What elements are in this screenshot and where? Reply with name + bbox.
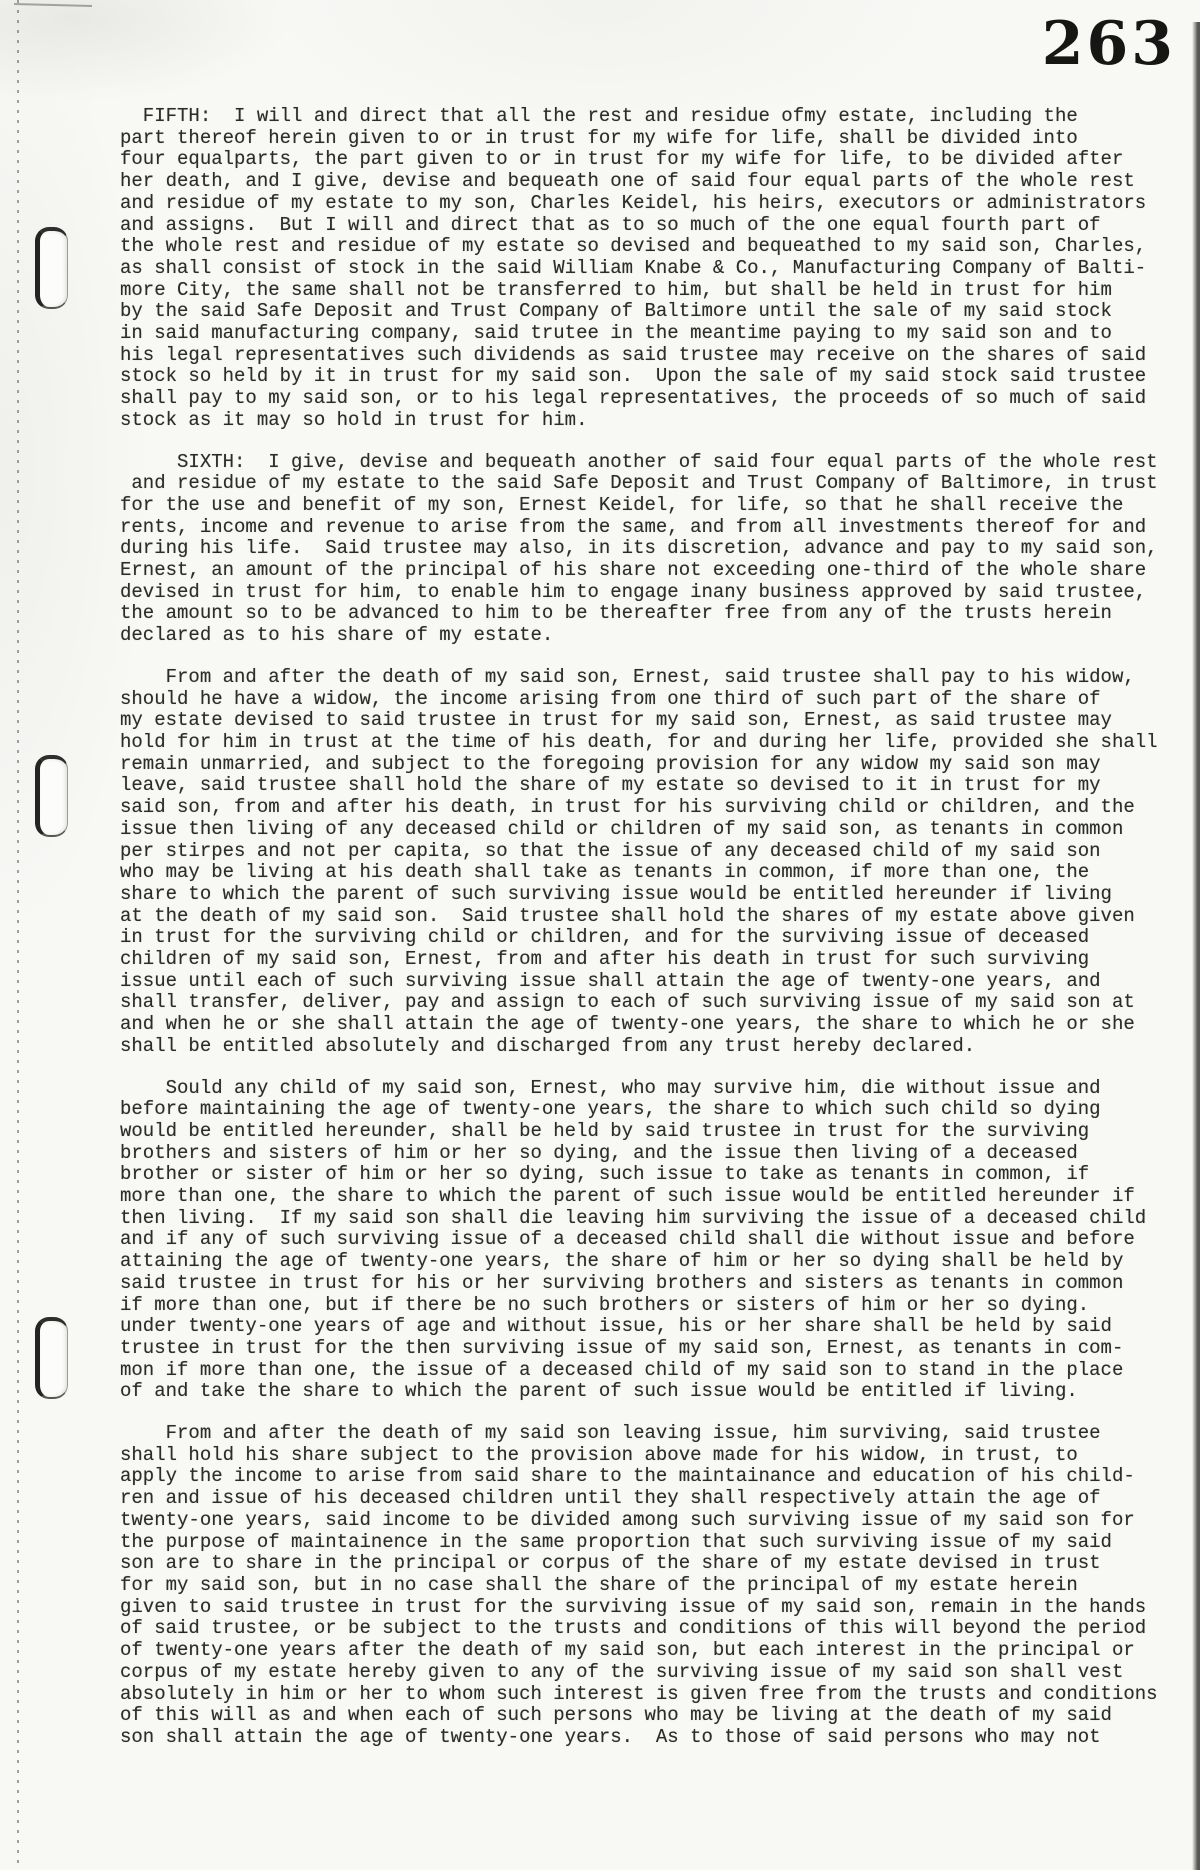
text-line: shall pay to my said son, or to his lega… [120,388,1158,410]
document-text: FIFTH: I will and direct that all the re… [120,106,1158,1749]
text-line: issue then living of any deceased child … [120,819,1158,841]
text-line: per stirpes and not per capita, so that … [120,841,1158,863]
text-line: stock so held by it in trust for my said… [120,366,1158,388]
text-line: shall be entitled absolutely and dischar… [120,1036,1158,1058]
text-line: trustee in trust for the then surviving … [120,1338,1158,1360]
text-line: part thereof herein given to or in trust… [120,128,1158,150]
text-line: and when he or she shall attain the age … [120,1014,1158,1036]
left-edge-dotted-line [17,0,19,1870]
text-line: of this will as and when each of such pe… [120,1705,1158,1727]
text-line: then living. If my said son shall die le… [120,1208,1158,1230]
text-line: more than one, the share to which the pa… [120,1186,1158,1208]
text-line: the whole rest and residue of my estate … [120,236,1158,258]
text-line: of said trustee, or be subject to the tr… [120,1618,1158,1640]
punch-hole [35,1317,68,1399]
text-line: hold for him in trust at the time of his… [120,732,1158,754]
text-line: absolutely in him or her to whom such in… [120,1684,1158,1706]
text-line: at the death of my said son. Said truste… [120,906,1158,928]
text-line: Ernest, an amount of the principal of hi… [120,560,1158,582]
text-line: before maintaining the age of twenty-one… [120,1099,1158,1121]
text-line: apply the income to arise from said shar… [120,1466,1158,1488]
text-line: corpus of my estate hereby given to any … [120,1662,1158,1684]
text-line: stock as it may so hold in trust for him… [120,410,1158,432]
text-line: and if any of such surviving issue of a … [120,1229,1158,1251]
paragraph-sixth: SIXTH: I give, devise and bequeath anoth… [120,452,1158,647]
text-line: son shall attain the age of twenty-one y… [120,1727,1158,1749]
text-line: shall transfer, deliver, pay and assign … [120,992,1158,1014]
text-line: said son, from and after his death, in t… [120,797,1158,819]
scan-artifact-top-mark [14,3,92,7]
text-line: brother or sister of him or her so dying… [120,1164,1158,1186]
text-line: her death, and I give, devise and bequea… [120,171,1158,193]
text-line: shall hold his share subject to the prov… [120,1445,1158,1467]
paragraph-widow-provision: From and after the death of my said son,… [120,667,1158,1058]
text-line: son are to share in the principal or cor… [120,1553,1158,1575]
page-number: 263 [1042,14,1176,74]
text-line: share to which the parent of such surviv… [120,884,1158,906]
text-line: by the said Safe Deposit and Trust Compa… [120,301,1158,323]
right-page-edge-shadow [1192,22,1200,1870]
paragraph-fifth: FIFTH: I will and direct that all the re… [120,106,1158,432]
text-line: SIXTH: I give, devise and bequeath anoth… [120,452,1158,474]
text-line: my estate devised to said trustee in tru… [120,710,1158,732]
text-line: brothers and sisters of him or her so dy… [120,1143,1158,1165]
text-line: given to said trustee in trust for the s… [120,1597,1158,1619]
scanned-will-page: 263 FIFTH: I will and direct that all th… [0,0,1200,1870]
text-line: under twenty-one years of age and withou… [120,1316,1158,1338]
text-line: issue until each of such surviving issue… [120,971,1158,993]
text-line: in said manufacturing company, said trut… [120,323,1158,345]
text-line: if more than one, but if there be no suc… [120,1295,1158,1317]
text-line: devised in trust for him, to enable him … [120,582,1158,604]
text-line: declared as to his share of my estate. [120,625,1158,647]
text-line: remain unmarried, and subject to the for… [120,754,1158,776]
punch-hole [35,227,68,309]
text-line: From and after the death of my said son … [120,1423,1158,1445]
text-line: should he have a widow, the income arisi… [120,689,1158,711]
text-line: Sould any child of my said son, Ernest, … [120,1078,1158,1100]
text-line: FIFTH: I will and direct that all the re… [120,106,1158,128]
paragraph-child-dying-without-issue: Sould any child of my said son, Ernest, … [120,1078,1158,1404]
text-line: rents, income and revenue to arise from … [120,517,1158,539]
text-line: and residue of my estate to my son, Char… [120,193,1158,215]
text-line: leave, said trustee shall hold the share… [120,775,1158,797]
paragraph-death-leaving-issue: From and after the death of my said son … [120,1423,1158,1749]
text-line: and assigns. But I will and direct that … [120,215,1158,237]
text-line: for the use and benefit of my son, Ernes… [120,495,1158,517]
text-line: his legal representatives such dividends… [120,345,1158,367]
text-line: in trust for the surviving child or chil… [120,927,1158,949]
text-line: for my said son, but in no case shall th… [120,1575,1158,1597]
text-line: who may be living at his death shall tak… [120,862,1158,884]
text-line: more City, the same shall not be transfe… [120,280,1158,302]
text-line: of and take the share to which the paren… [120,1381,1158,1403]
text-line: would be entitled hereunder, shall be he… [120,1121,1158,1143]
text-line: during his life. Said trustee may also, … [120,538,1158,560]
text-line: children of my said son, Ernest, from an… [120,949,1158,971]
text-line: From and after the death of my said son,… [120,667,1158,689]
text-line: said trustee in trust for his or her sur… [120,1273,1158,1295]
text-line: and residue of my estate to the said Saf… [120,473,1158,495]
text-line: the purpose of maintainence in the same … [120,1532,1158,1554]
text-line: attaining the age of twenty-one years, t… [120,1251,1158,1273]
text-line: four equalparts, the part given to or in… [120,149,1158,171]
text-line: of twenty-one years after the death of m… [120,1640,1158,1662]
text-line: the amount so to be advanced to him to b… [120,603,1158,625]
text-line: mon if more than one, the issue of a dec… [120,1360,1158,1382]
punch-hole [35,755,68,837]
text-line: twenty-one years, said income to be divi… [120,1510,1158,1532]
text-line: as shall consist of stock in the said Wi… [120,258,1158,280]
text-line: ren and issue of his deceased children u… [120,1488,1158,1510]
